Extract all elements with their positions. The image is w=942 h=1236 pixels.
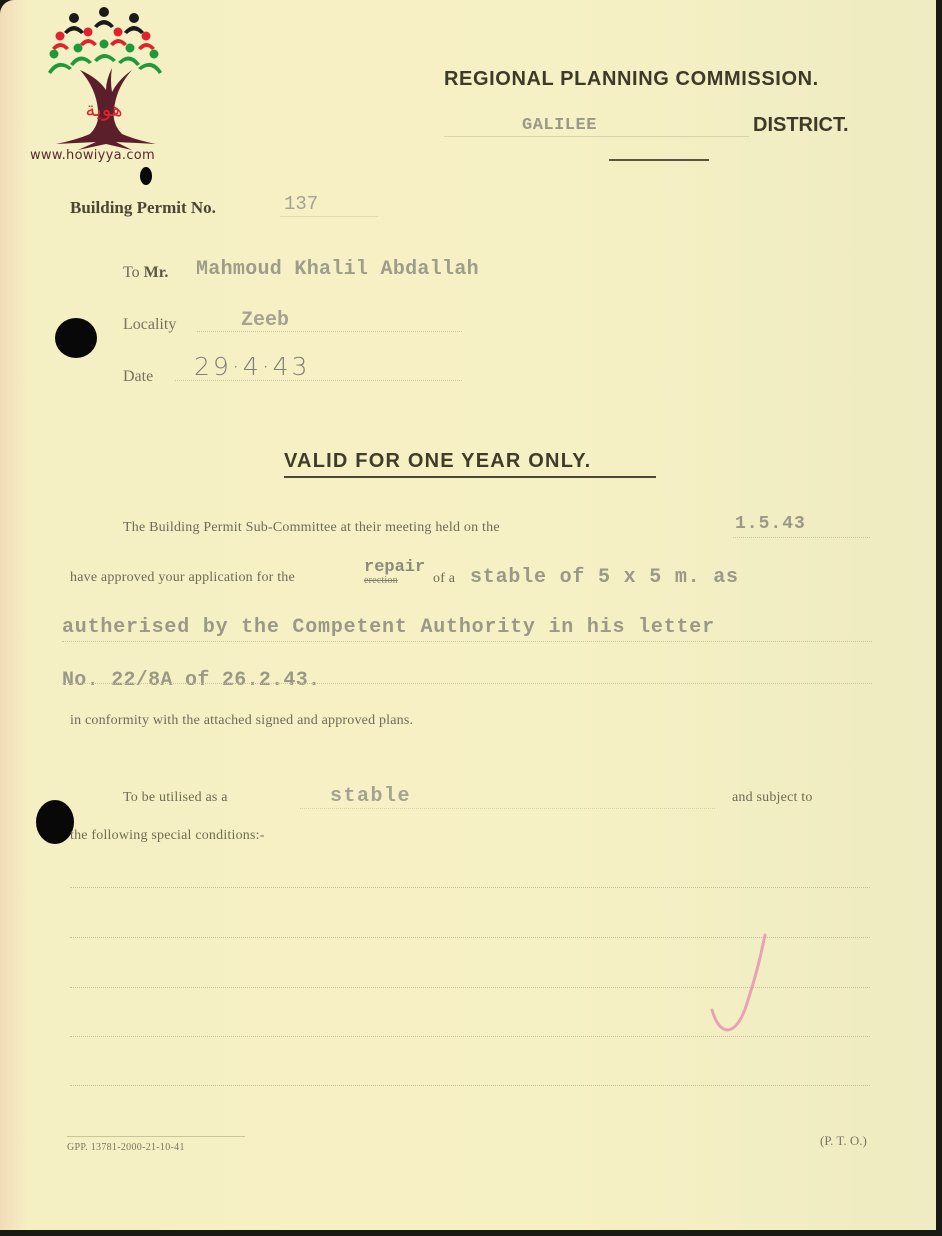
date-label: Date [123,368,153,386]
date-value: 29·4·43 [194,352,310,381]
condition-line-1 [70,887,870,888]
body-line-4: No. 22/8A of 26.2.43. [62,669,320,692]
commission-title: REGIONAL PLANNING COMMISSION. [444,68,819,91]
meeting-date: 1.5.43 [735,514,806,534]
condition-line-5 [70,1085,870,1086]
body-line-3-rule [62,641,872,642]
footer-rule [67,1136,245,1137]
punch-hole-top [55,318,97,358]
permit-number-value: 137 [284,193,318,215]
validity-underline [284,476,656,478]
mr-label: Mr. [144,264,169,281]
locality-line [197,331,462,332]
conditions-label: the following special conditions:- [70,828,265,844]
date-line [175,380,462,381]
of-a-text: of a [433,571,455,587]
body-line-1: The Building Permit Sub-Committee at the… [123,520,500,536]
district-label: DISTRICT. [753,114,849,137]
meeting-date-line [733,537,870,538]
district-field-line [444,136,749,137]
work-type-struck: erection [364,575,398,586]
body-line-4-rule [62,683,872,684]
locality-label: Locality [123,316,176,334]
to-label: To [123,264,140,281]
ink-blot [140,167,152,185]
body-line-5: in conformity with the attached signed a… [70,713,413,729]
recipient-label: To Mr. [123,264,168,282]
permit-number-label: Building Permit No. [70,198,216,218]
structure-description: stable of 5 x 5 m. as [470,566,739,589]
district-value: GALILEE [522,116,597,135]
locality-value: Zeeb [241,309,289,332]
usage-label: To be utilised as a [123,790,228,806]
body-line-3: autherised by the Competent Authority in… [62,616,715,639]
recipient-name: Mahmoud Khalil Abdallah [196,258,479,281]
validity-heading: VALID FOR ONE YEAR ONLY. [284,450,591,473]
print-code: GPP. 13781-2000-21-10-41 [67,1142,185,1153]
punch-hole-bottom [36,800,74,844]
usage-line [300,808,715,809]
header-rule [609,159,709,161]
watermark-url: www.howiyya.com [30,148,155,163]
permit-document: هوية www.howiyya.com REGIONAL PLANNING C… [0,0,936,1230]
permit-number-line [280,216,378,217]
check-mark-icon [700,930,780,1040]
subject-to-text: and subject to [732,790,813,806]
howiyya-logo-icon: هوية [30,4,180,170]
pto-label: (P. T. O.) [820,1133,867,1149]
svg-text:هوية: هوية [85,97,122,121]
usage-value: stable [330,785,411,808]
body-line-2: have approved your application for the [70,570,295,586]
